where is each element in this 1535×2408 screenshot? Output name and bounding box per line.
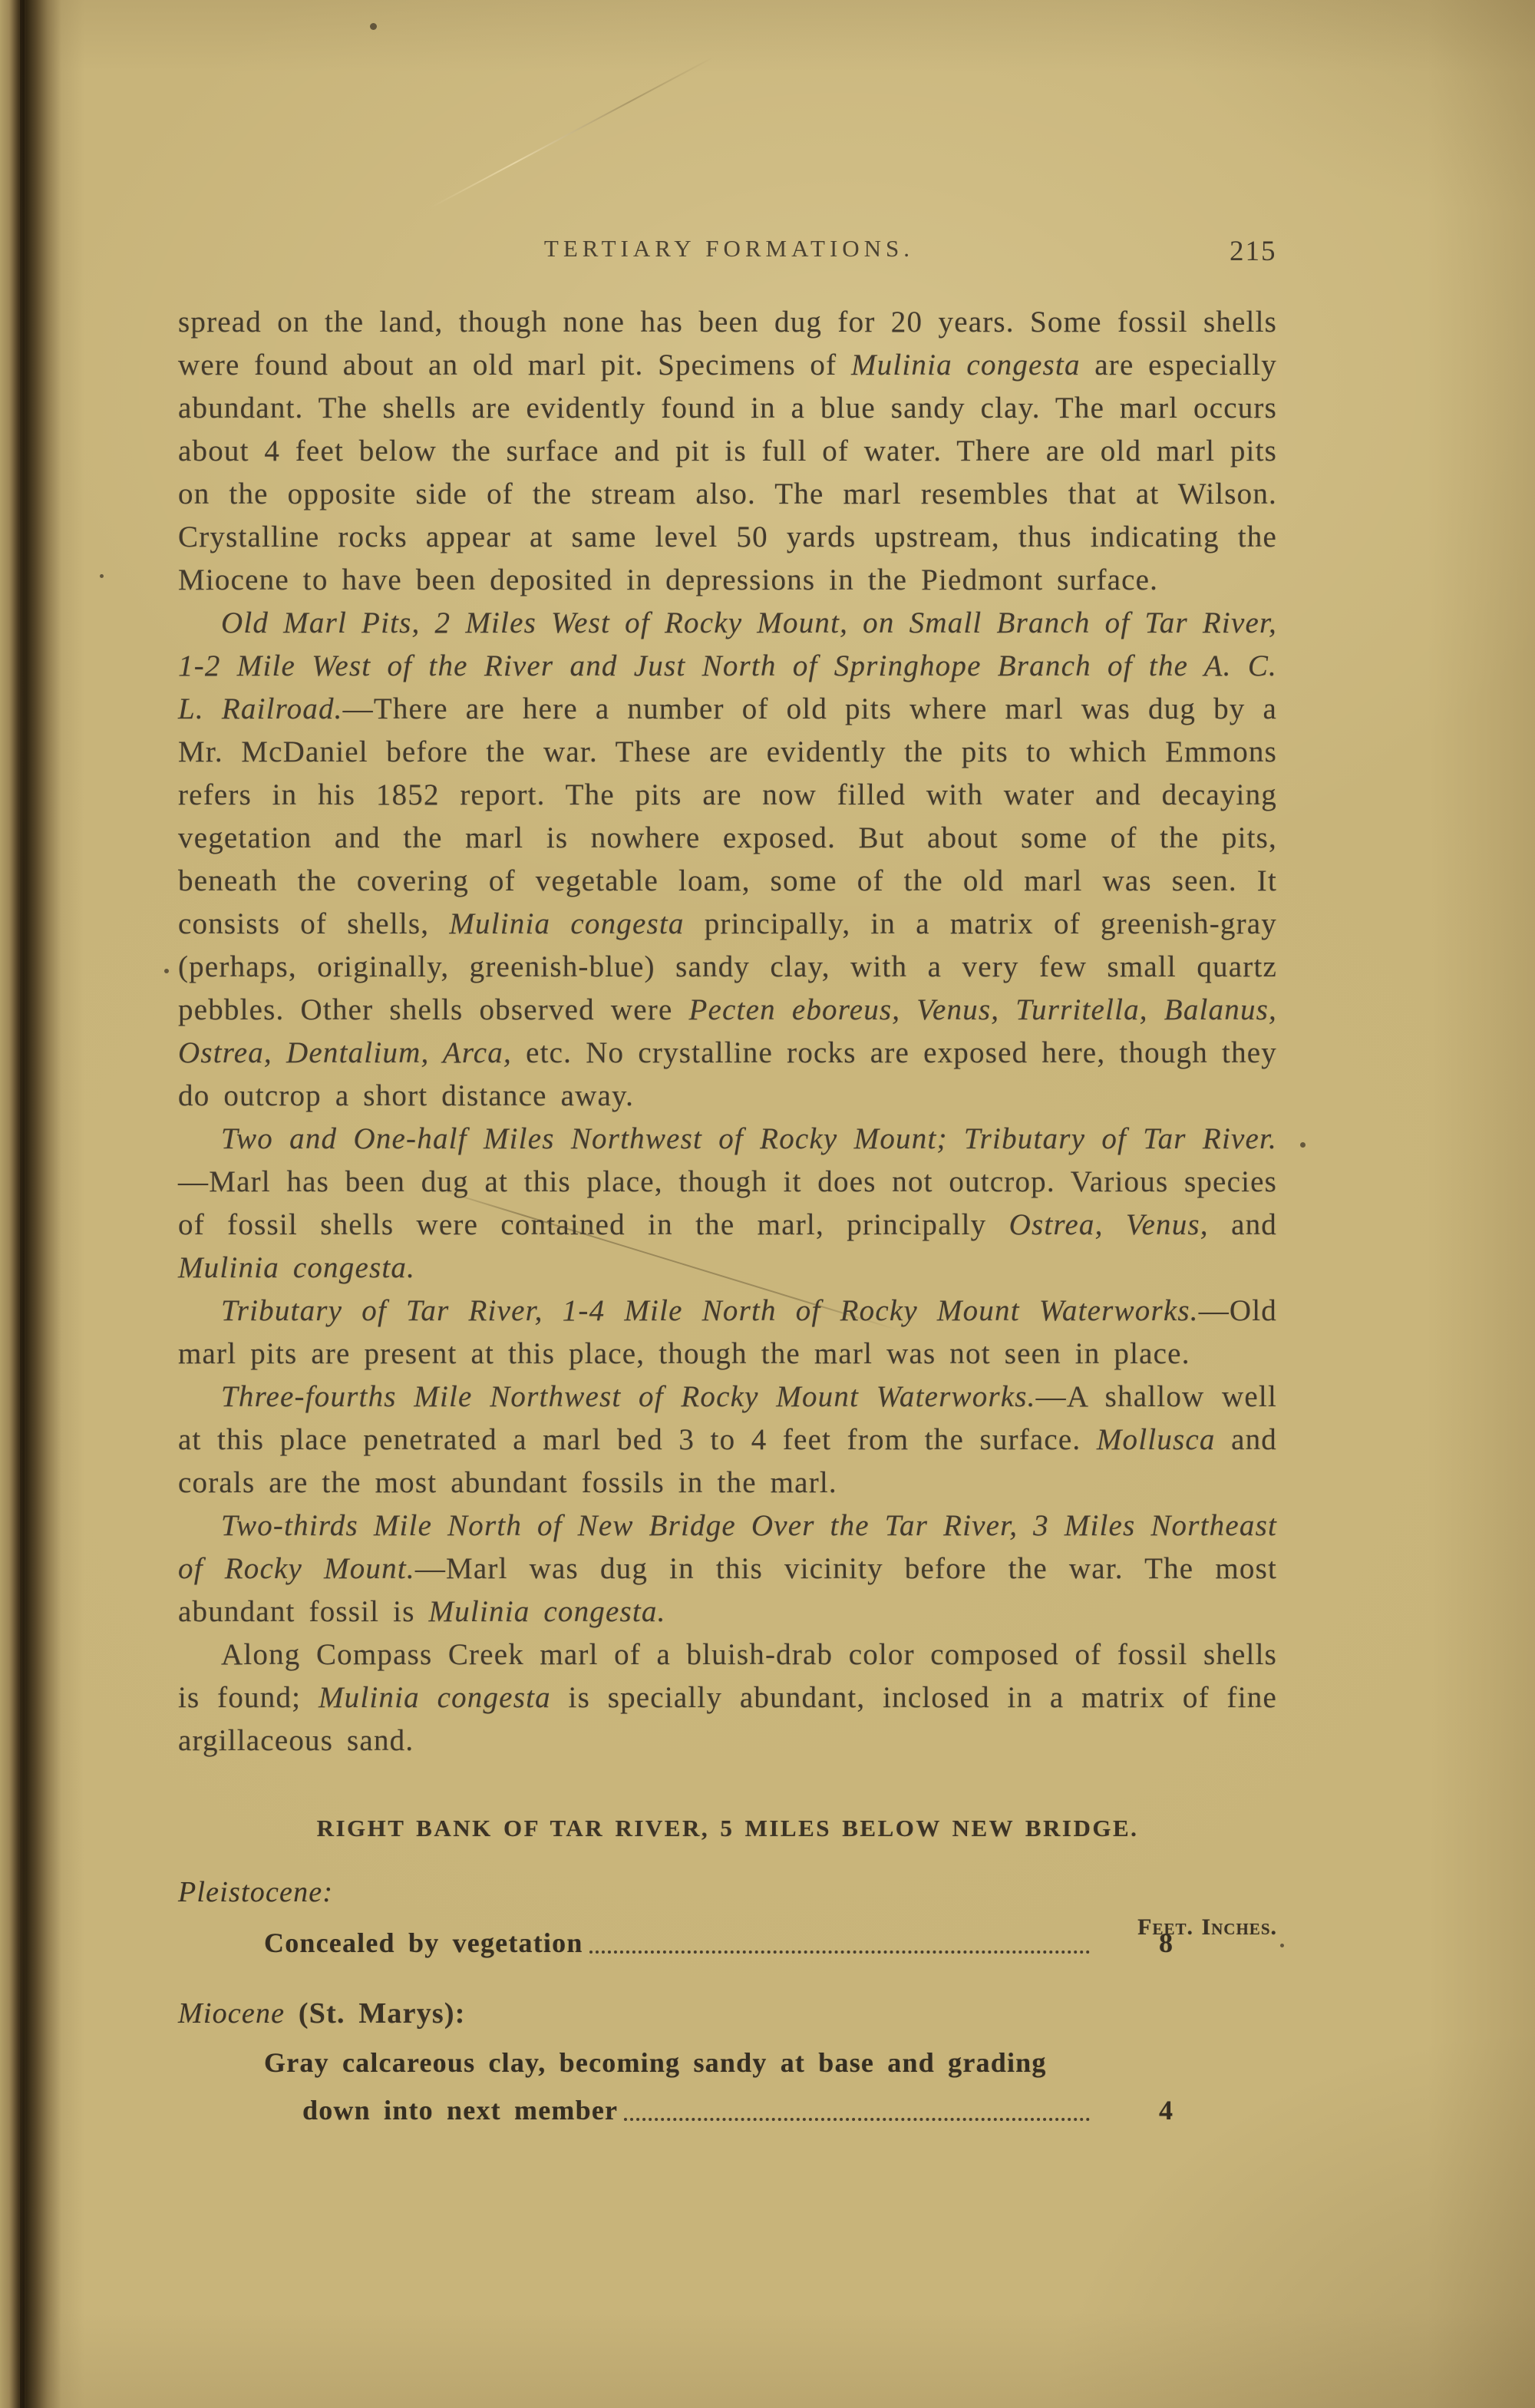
row-label: Concealed by vegetation xyxy=(264,1924,583,1962)
text-run: Three-fourths Mile Northwest of Rocky Mo… xyxy=(221,1380,1036,1413)
running-head: TERTIARY FORMATIONS. xyxy=(180,235,1279,273)
paper-scratch xyxy=(430,56,715,209)
paragraph: Two-thirds Mile North of New Bridge Over… xyxy=(178,1505,1277,1633)
text-run: Mulinia congesta xyxy=(851,348,1081,382)
section-body: Feet. Inches. Pleistocene: Concealed by … xyxy=(178,1873,1277,2129)
paper-speck xyxy=(100,574,104,578)
book-page: TERTIARY FORMATIONS. 215 spread on the l… xyxy=(0,0,1535,2408)
binding-gutter-shadow xyxy=(0,0,84,2408)
section-row: Concealed by vegetation 8 xyxy=(178,1924,1277,1962)
section-heading: RIGHT BANK OF TAR RIVER, 5 MILES BELOW N… xyxy=(178,1807,1277,1850)
row-label-line1: Gray calcareous clay, becoming sandy at … xyxy=(178,2043,1277,2082)
paragraph: Two and One-half Miles Northwest of Rock… xyxy=(178,1118,1277,1290)
measured-section: RIGHT BANK OF TAR RIVER, 5 MILES BELOW N… xyxy=(178,1807,1277,2129)
paragraph: spread on the land, though none has been… xyxy=(178,301,1277,602)
paragraph: Along Compass Creek marl of a bluish-dra… xyxy=(178,1633,1277,1762)
paragraph: Tributary of Tar River, 1-4 Mile North o… xyxy=(178,1290,1277,1376)
text-run: Mulinia congesta. xyxy=(178,1251,415,1284)
text-run: and xyxy=(1209,1208,1277,1241)
text-run: Mulinia congesta xyxy=(319,1681,551,1714)
dot-leader xyxy=(624,2118,1090,2121)
group-label-pleistocene: Pleistocene: xyxy=(178,1873,1277,1911)
units-column-label: Feet. Inches. xyxy=(1137,1908,1277,1947)
feet-value: 4 xyxy=(1099,2091,1277,2129)
paper-speck xyxy=(164,969,169,973)
body-text: spread on the land, though none has been… xyxy=(178,301,1277,2129)
text-run: (St. Marys): xyxy=(285,1997,465,2030)
text-run: Tributary of Tar River, 1-4 Mile North o… xyxy=(221,1294,1199,1327)
page-number: 215 xyxy=(1230,235,1277,268)
text-run: Two and One-half Miles Northwest of Rock… xyxy=(221,1122,1277,1155)
text-run: Mulinia congesta xyxy=(449,907,684,940)
text-run: Mulinia congesta. xyxy=(429,1595,666,1628)
text-run: —There are here a number of old pits whe… xyxy=(178,692,1277,940)
text-run: Mollusca xyxy=(1097,1423,1216,1456)
text-run: are especially abundant. The shells are … xyxy=(178,348,1277,596)
text-run: Miocene xyxy=(178,1997,285,2030)
group-label-miocene: Miocene (St. Marys): xyxy=(178,1994,1277,2033)
dot-leader xyxy=(589,1951,1090,1954)
paragraph: Old Marl Pits, 2 Miles West of Rocky Mou… xyxy=(178,602,1277,1118)
paper-speck xyxy=(1280,1944,1284,1947)
paragraph: Three-fourths Mile Northwest of Rocky Mo… xyxy=(178,1376,1277,1505)
paper-speck xyxy=(1300,1142,1306,1148)
running-head-title: TERTIARY FORMATIONS. xyxy=(180,235,1279,263)
section-row: down into next member 4 xyxy=(178,2091,1277,2129)
row-label: down into next member xyxy=(302,2091,618,2129)
text-run: Ostrea, Venus, xyxy=(1009,1208,1209,1241)
paper-speck xyxy=(370,23,377,30)
